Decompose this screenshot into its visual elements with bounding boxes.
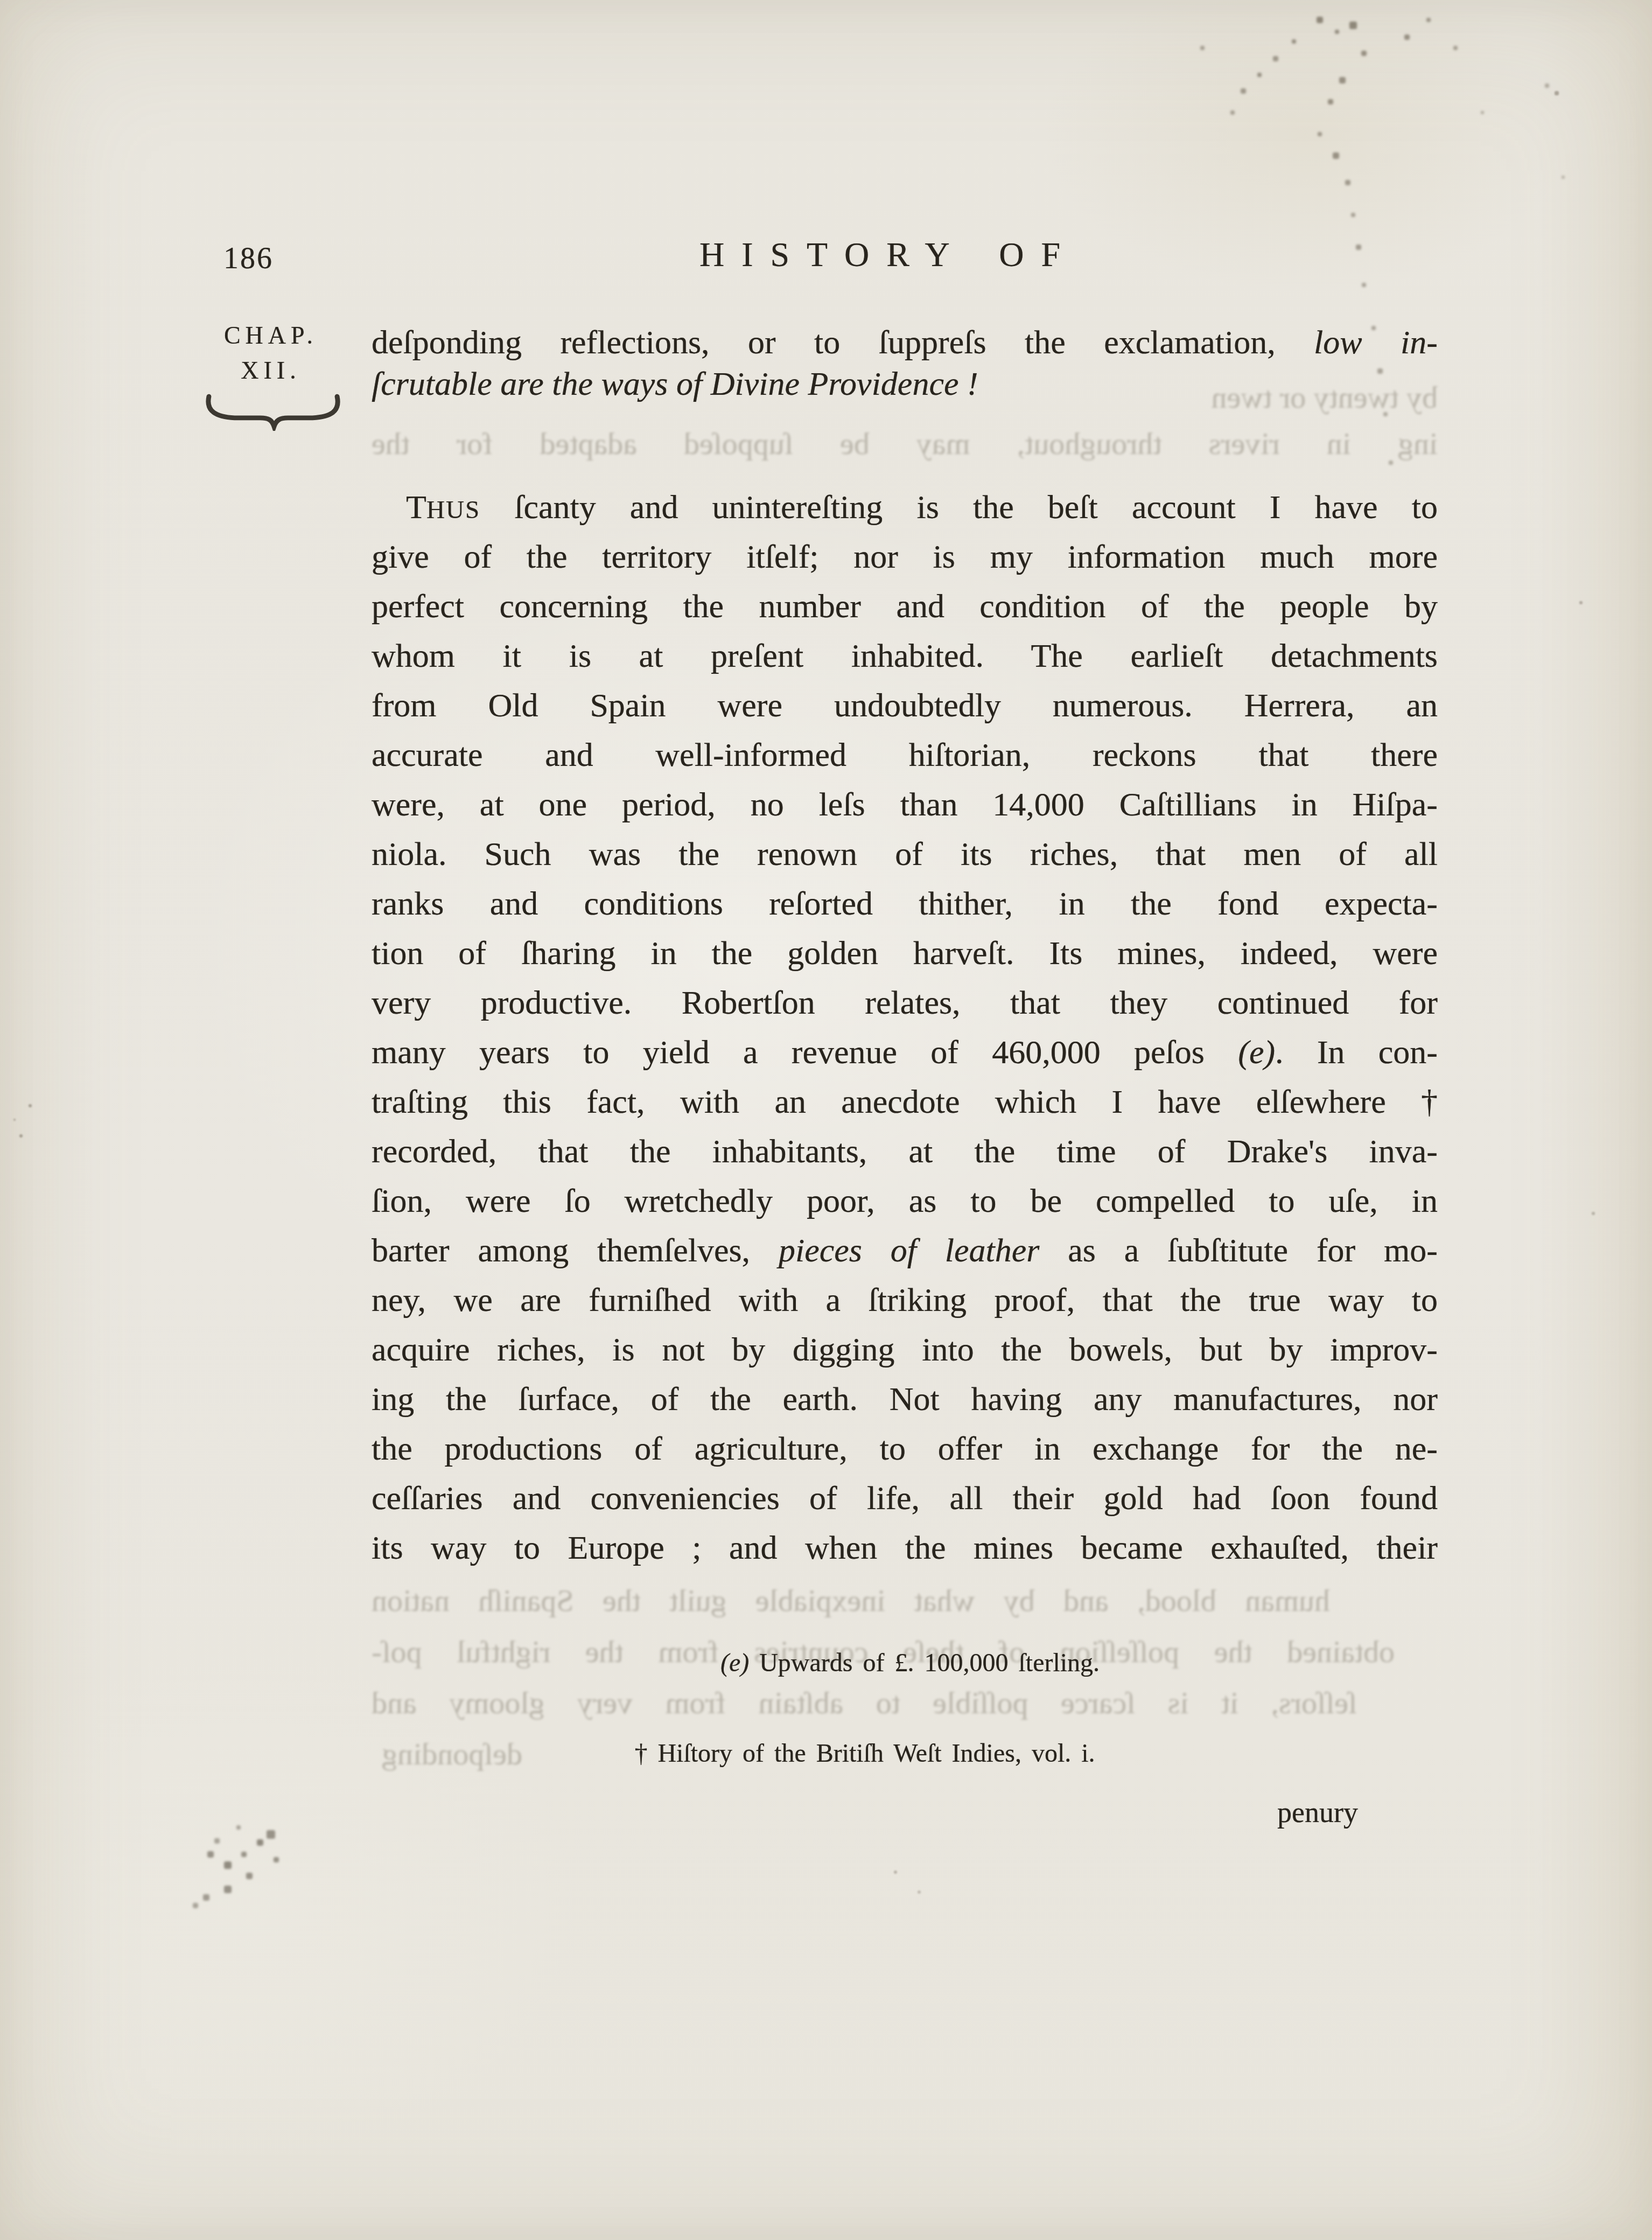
stray-ink-specks	[0, 0, 1, 1]
text-line: barter among themſelves, pieces of leath…	[372, 1226, 1438, 1275]
text-line: ranks and conditions reſorted thither, i…	[372, 879, 1438, 929]
ink-smudge-bottom-left	[183, 1820, 184, 1822]
footnote-2: † Hiſtory of the Britiſh Weſt Indies, vo…	[332, 1737, 1398, 1770]
text-line: deſponding reflections, or to ſuppreſs t…	[372, 322, 1438, 364]
text-line: recorded, that the inhabitants, at the t…	[372, 1127, 1438, 1176]
text-line: ſion, were ſo wretchedly poor, as to be …	[372, 1176, 1438, 1226]
text-line: THUS ſcanty and unintereſting is the beſ…	[372, 483, 1438, 532]
opening-italic: ſcrutable are the ways of Divine Provide…	[372, 366, 978, 402]
text-line: were, at one period, no leſs than 14,000…	[372, 780, 1438, 829]
text-line: ing the ſurface, of the earth. Not havin…	[372, 1374, 1438, 1424]
text-line: its way to Europe ; and when the mines b…	[372, 1523, 1438, 1573]
footnote-1: (e) Upwards of £. 100,000 ſterling.	[377, 1647, 1443, 1679]
ghost-bleed-line: ſeſſors, it is ſcarce poſſible to abſtai…	[372, 1686, 1357, 1720]
text-line: niola. Such was the renown of its riches…	[372, 829, 1438, 879]
text-line: give of the territory itſelf; nor is my …	[372, 532, 1438, 582]
text-line: many years to yield a revenue of 460,000…	[372, 1028, 1438, 1077]
footnote-marker: (e)	[720, 1649, 749, 1677]
text-line: the productions of agriculture, to offer…	[372, 1424, 1438, 1474]
text-line: from Old Spain were undoubtedly numerous…	[372, 681, 1438, 730]
chapter-sidenote: CHAP. XII.	[204, 321, 338, 431]
opening-paragraph-end: deſponding reflections, or to ſuppreſs t…	[372, 322, 1438, 405]
ghost-bleed-line: human blood, and by what inexpiable guil…	[372, 1583, 1330, 1618]
chapter-brace-icon	[204, 392, 342, 431]
chapter-number: XII.	[204, 356, 338, 385]
text-line: ſcrutable are the ways of Divine Provide…	[372, 364, 1438, 405]
text-line: perfect concerning the number and condit…	[372, 582, 1438, 631]
opening-italic: low in-	[1314, 324, 1438, 361]
main-paragraph: THUS ſcanty and unintereſting is the beſ…	[372, 483, 1438, 1573]
ink-smudge-top-right	[1104, 3, 1105, 4]
text-line: traſting this fact, with an anecdote whi…	[372, 1077, 1438, 1127]
running-title: HISTORY OF	[608, 235, 1168, 275]
text-line: ney, we are furniſhed with a ſtriking pr…	[372, 1275, 1438, 1325]
text-line: very productive. Robertſon relates, that…	[372, 978, 1438, 1028]
text-line: accurate and well-informed hiſtorian, re…	[372, 730, 1438, 780]
chapter-label: CHAP.	[204, 321, 338, 350]
text-line: acquire riches, is not by digging into t…	[372, 1325, 1438, 1374]
text-line: tion of ſharing in the golden harveſt. I…	[372, 929, 1438, 978]
book-page-scan: by twenty or twen ing in rivers througho…	[0, 0, 1652, 2240]
catchword: penury	[1277, 1796, 1358, 1829]
text-line: whom it is at preſent inhabited. The ear…	[372, 631, 1438, 681]
ghost-bleed-line: ing in rivers throughout, may be ſuppoſe…	[372, 427, 1438, 461]
opening-roman: deſponding reflections, or to ſuppreſs t…	[372, 324, 1314, 361]
page-number: 186	[223, 241, 274, 276]
text-line: ceſſaries and conveniencies of life, all…	[372, 1474, 1438, 1523]
